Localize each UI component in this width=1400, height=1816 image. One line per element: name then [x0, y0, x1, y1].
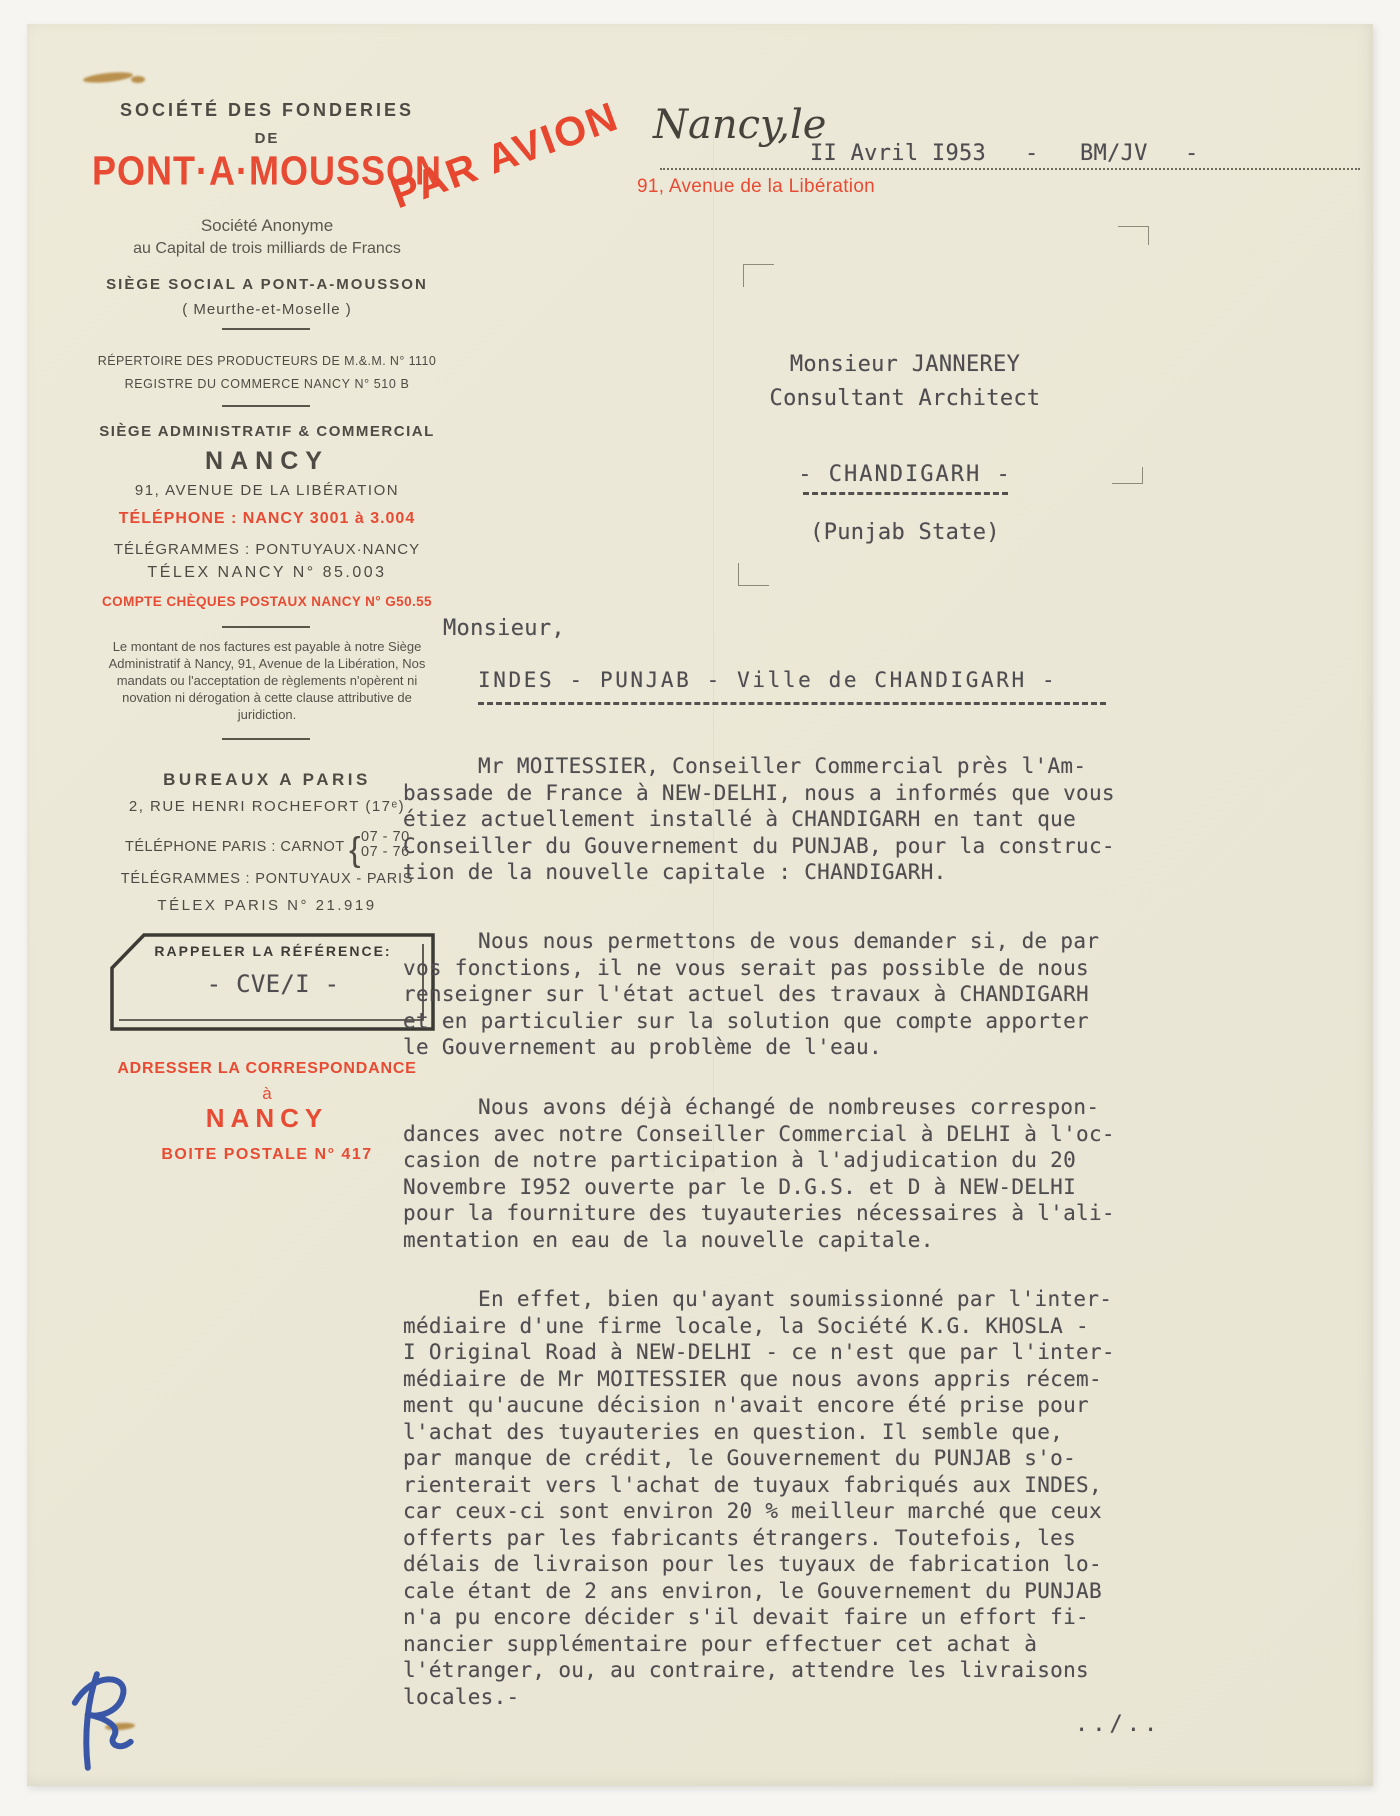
divider — [222, 328, 310, 330]
company-name-line1: SOCIÉTÉ DES FONDERIES — [67, 100, 467, 121]
recipient-title: Consultant Architect — [675, 386, 1135, 411]
company-name-line2: DE — [67, 130, 467, 147]
text-line: Nous avons déjà échangé de nombreuses co… — [403, 1094, 1213, 1121]
text-line: rienterait vers l'achat de tuyaux fabriq… — [403, 1472, 1213, 1499]
recipient-city: - CHANDIGARH - — [675, 462, 1135, 487]
date-initials: BM/JV — [1080, 141, 1148, 166]
text-line: bassade de France à NEW-DELHI, nous a in… — [403, 780, 1213, 807]
divider — [222, 626, 310, 628]
text-line: I Original Road à NEW-DELHI - ce n'est q… — [403, 1339, 1213, 1366]
salutation: Monsieur, — [443, 616, 565, 641]
text-line: cale étant de 2 ans environ, le Gouverne… — [403, 1578, 1213, 1605]
reference-box: RAPPELER LA RÉFÉRENCE: - CVE/I - — [105, 930, 441, 1038]
legal-notice: Le montant de nos factures est payable à… — [107, 638, 427, 723]
repertoire: RÉPERTOIRE DES PRODUCTEURS DE M.&.M. N° … — [67, 354, 467, 368]
text-line: ment qu'aucune décision n'avait encore é… — [403, 1392, 1213, 1419]
street-line: 91, Avenue de la Libération — [637, 176, 875, 198]
dateline-script: Nancy,le — [653, 102, 826, 148]
text-line: par manque de crédit, le Gouvernement du… — [403, 1445, 1213, 1472]
text-line: locales.- — [403, 1684, 1213, 1711]
text-line: Mr MOITESSIER, Conseiller Commercial prè… — [403, 753, 1213, 780]
text-line: n'a pu encore décider s'il devait faire … — [403, 1604, 1213, 1631]
window-mark-top-left — [743, 264, 774, 287]
recipient-state: (Punjab State) — [675, 520, 1135, 545]
capital-line: au Capital de trois milliards de Francs — [67, 240, 467, 258]
text-line: médiaire de Mr MOITESSIER que nous avons… — [403, 1366, 1213, 1393]
paragraph-4: En effet, bien qu'ayant soumissionné par… — [403, 1286, 1213, 1710]
paris-phone-brace: { — [349, 831, 361, 869]
departement: ( Meurthe-et-Moselle ) — [67, 301, 467, 318]
telephone-line: TÉLÉPHONE : NANCY 3001 à 3.004 — [67, 510, 467, 528]
text-line: étiez actuellement installé à CHANDIGARH… — [403, 806, 1213, 833]
text-line: nancier supplémentaire pour effectuer ce… — [403, 1631, 1213, 1658]
text-line: casion de notre participation à l'adjudi… — [403, 1147, 1213, 1174]
text-line: offerts par les fabricants étrangers. To… — [403, 1525, 1213, 1552]
date-dash2: - — [1185, 141, 1199, 166]
text-line: pour la fourniture des tuyauteries néces… — [403, 1200, 1213, 1227]
text-line: Novembre I952 ouverte par le D.G.S. et D… — [403, 1174, 1213, 1201]
siege-admin: SIÈGE ADMINISTRATIF & COMMERCIAL — [67, 423, 467, 440]
paris-phone: TÉLÉPHONE PARIS : CARNOT { 07 - 70 07 - … — [125, 830, 410, 870]
paragraph-1: Mr MOITESSIER, Conseiller Commercial prè… — [403, 753, 1213, 886]
paper-stain-small — [131, 76, 145, 83]
date-value: II Avril I953 — [810, 141, 986, 166]
legal-form: Société Anonyme — [67, 216, 467, 236]
correspondence-line1: ADRESSER LA CORRESPONDANCE — [67, 1060, 467, 1078]
nancy-address: 91, AVENUE DE LA LIBÉRATION — [67, 482, 467, 499]
paris-telex: TÉLEX PARIS N° 21.919 — [67, 897, 467, 914]
reference-value: - CVE/I - — [105, 970, 441, 998]
reference-label: RAPPELER LA RÉFÉRENCE: — [105, 943, 441, 959]
text-line: dances avec notre Conseiller Commercial … — [403, 1121, 1213, 1148]
telex-line: TÉLEX NANCY N° 85.003 — [67, 564, 467, 582]
text-line: l'étranger, ou, au contraire, attendre l… — [403, 1657, 1213, 1684]
subject-underline — [478, 702, 1106, 705]
handwritten-initial — [67, 1666, 145, 1776]
city-nancy: NANCY — [67, 447, 467, 476]
text-line: renseigner sur l'état actuel des travaux… — [403, 981, 1213, 1008]
telegrammes-line: TÉLÉGRAMMES : PONTUYAUX·NANCY — [67, 541, 467, 558]
paper-stain — [83, 70, 134, 84]
text-line: et en particulier sur la solution que co… — [403, 1008, 1213, 1035]
text-line: En effet, bien qu'ayant soumissionné par… — [403, 1286, 1213, 1313]
scanned-letter: { "colors":{"paper":"#ece8d8","accent_re… — [0, 0, 1400, 1816]
text-line: délais de livraison pour les tuyaux de f… — [403, 1551, 1213, 1578]
registre: REGISTRE DU COMMERCE NANCY N° 510 B — [67, 377, 467, 391]
siege-social: SIÈGE SOCIAL A PONT-A-MOUSSON — [67, 276, 467, 293]
paragraph-2: Nous nous permettons de vous demander si… — [403, 928, 1213, 1061]
text-line: mentation en eau de la nouvelle capitale… — [403, 1227, 1213, 1254]
text-line: Nous nous permettons de vous demander si… — [403, 928, 1213, 955]
text-line: vos fonctions, il ne vous serait pas pos… — [403, 955, 1213, 982]
paragraph-3: Nous avons déjà échangé de nombreuses co… — [403, 1094, 1213, 1253]
date-dash1: - — [1025, 141, 1039, 166]
text-line: car ceux-ci sont environ 20 % meilleur m… — [403, 1498, 1213, 1525]
subject-line: INDES - PUNJAB - Ville de CHANDIGARH - — [478, 668, 1057, 692]
text-line: tion de la nouvelle capitale : CHANDIGAR… — [403, 859, 1213, 886]
paris-phone-label: TÉLÉPHONE PARIS : CARNOT — [125, 839, 345, 855]
divider — [222, 738, 310, 740]
text-line: médiaire d'une firme locale, la Société … — [403, 1313, 1213, 1340]
letter-paper: SOCIÉTÉ DES FONDERIES DE PONT·A·MOUSSON … — [27, 24, 1373, 1786]
recipient-name: Monsieur JANNEREY — [675, 352, 1135, 377]
text-line: l'achat des tuyauteries en question. Il … — [403, 1419, 1213, 1446]
text-line: le Gouvernement au problème de l'eau. — [403, 1034, 1213, 1061]
window-mark-bottom-left — [738, 563, 769, 586]
recipient-city-underline — [803, 492, 1008, 495]
text-line: Conseiller du Gouvernement du PUNJAB, po… — [403, 833, 1213, 860]
window-mark-top-right — [1118, 226, 1149, 245]
ccp-line: COMPTE CHÈQUES POSTAUX NANCY N° G50.55 — [67, 594, 467, 609]
divider — [222, 405, 310, 407]
continuation-mark: ../.. — [1075, 1712, 1161, 1737]
